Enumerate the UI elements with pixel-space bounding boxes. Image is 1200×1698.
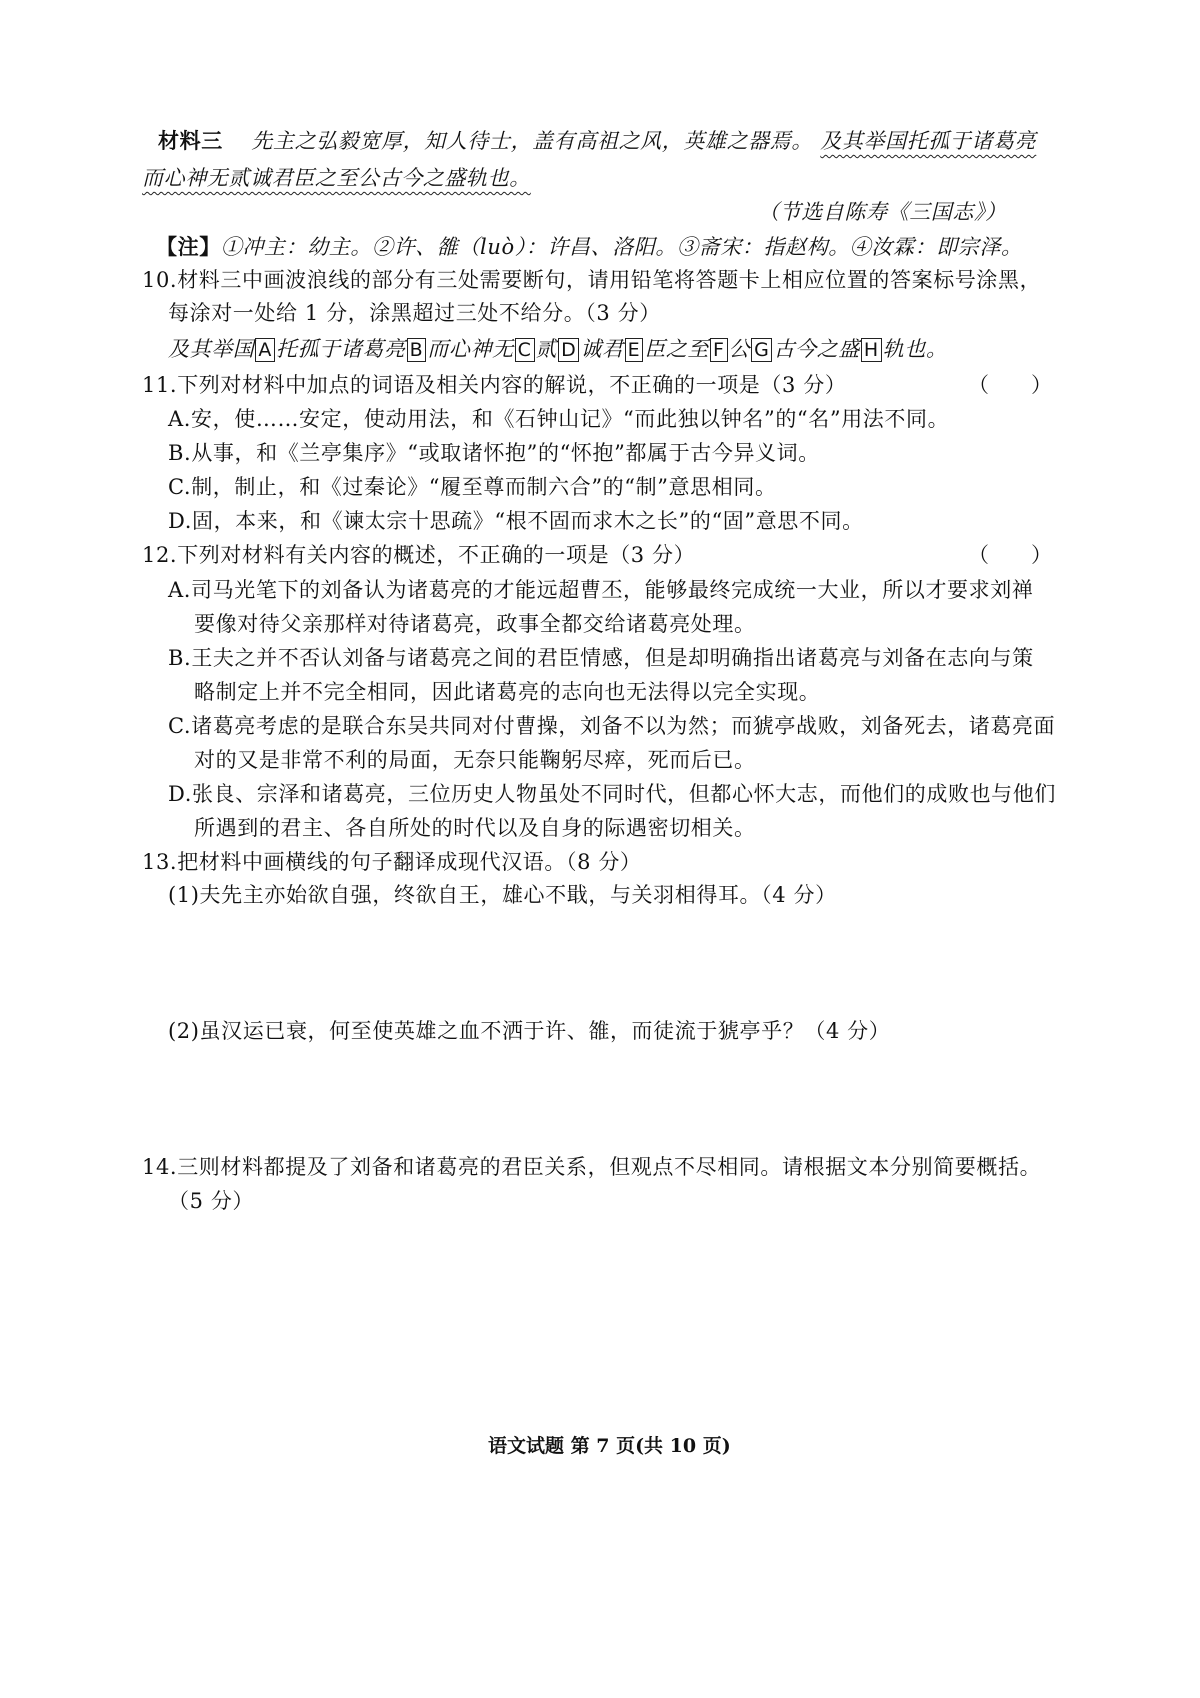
- exam-page: 材料三 先主之弘毅宽厚，知人待士，盖有高祖之风，英雄之器焉。 及其举国托孤于诸葛…: [0, 0, 1200, 1698]
- material3-label: 材料三: [158, 128, 223, 153]
- marker-H[interactable]: H: [861, 338, 882, 362]
- material3-source: （节选自陈寿《三国志》）: [758, 197, 1007, 227]
- question-11-stem: 11.下列对材料中加点的词语及相关内容的解说，不正确的一项是（3 分）: [142, 370, 846, 400]
- question-11-option-b: B.从事，和《兰亭集序》“或取诸怀抱”的“怀抱”都属于古今异义词。: [168, 438, 820, 468]
- question-12-option-b: B.王夫之并不否认刘备与诸葛亮之间的君臣情感，但是却明确指出诸葛亮与刘备在志向与…: [168, 643, 1034, 673]
- marker-E[interactable]: E: [625, 338, 644, 362]
- question-11-option-c: C.制，制止，和《过秦论》“履至尊而制六合”的“制”意思相同。: [168, 472, 777, 502]
- question-12-option-c: C.诸葛亮考虑的是联合东吴共同对付曹操，刘备不以为然；而猇亭战败，刘备死去，诸葛…: [168, 711, 1055, 741]
- question-12-answer-slot[interactable]: （ ）: [968, 540, 1052, 570]
- notes: 【注】①冲主：幼主。②许、雒（luò）：许昌、洛阳。③斋宋：指赵构。④汝霖：即宗…: [156, 232, 1023, 262]
- marker-C[interactable]: C: [515, 338, 535, 362]
- question-12-option-a: A.司马光笔下的刘备认为诸葛亮的才能远超曹丕，能够最终完成统一大业，所以才要求刘…: [168, 575, 1033, 605]
- marker-G[interactable]: G: [751, 338, 772, 362]
- question-13-part-2: (2)虽汉运已衰，何至使英雄之血不洒于许、雒，而徒流于猇亭乎？（4 分）: [168, 1016, 890, 1046]
- question-13-stem: 13.把材料中画横线的句子翻译成现代汉语。（8 分）: [142, 847, 642, 877]
- page-footer: 语文试题 第 7 页(共 10 页): [488, 1433, 731, 1459]
- question-12-option-b-cont: 略制定上并不完全相同，因此诸葛亮的志向也无法得以完全实现。: [194, 677, 820, 707]
- material3-line2: 而心神无贰诚君臣之至公古今之盛轨也。: [142, 163, 531, 193]
- question-12-option-d: D.张良、宗泽和诸葛亮，三位历史人物虽处不同时代，但都心怀大志，而他们的成败也与…: [168, 779, 1056, 809]
- question-12-stem: 12.下列对材料有关内容的概述，不正确的一项是（3 分）: [142, 540, 695, 570]
- question-12-option-a-cont: 要像对待父亲那样对待诸葛亮，政事全都交给诸葛亮处理。: [194, 609, 756, 639]
- material3-line1: 材料三 先主之弘毅宽厚，知人待士，盖有高祖之风，英雄之器焉。 及其举国托孤于诸葛…: [158, 126, 1036, 156]
- question-11-option-a: A.安，使……安定，使动用法，和《石钟山记》“而此独以钟名”的“名”用法不同。: [168, 404, 949, 434]
- material3-wavy-text-2: 而心神无贰诚君臣之至公古今之盛轨也。: [142, 166, 531, 190]
- question-10-stem-cont: 每涂对一处给 1 分，涂黑超过三处不给分。（3 分）: [168, 298, 661, 328]
- question-14-stem: 14.三则材料都提及了刘备和诸葛亮的君臣关系，但观点不尽相同。请根据文本分别简要…: [142, 1152, 1041, 1182]
- material3-wavy-text-1: 及其举国托孤于诸葛亮: [820, 129, 1036, 153]
- notes-label: 【注】: [156, 234, 221, 259]
- marker-F[interactable]: F: [710, 338, 728, 362]
- question-10-sentence: 及其举国A托孤于诸葛亮B而心神无C贰D诚君E臣之至F公G古今之盛H轨也。: [168, 334, 948, 364]
- question-number: 10.: [142, 268, 177, 292]
- marker-D[interactable]: D: [558, 338, 579, 362]
- question-12-option-c-cont: 对的又是非常不利的局面，无奈只能鞠躬尽瘁，死而后已。: [194, 745, 756, 775]
- material3-text: 先主之弘毅宽厚，知人待士，盖有高祖之风，英雄之器焉。: [251, 129, 813, 153]
- question-12-option-d-cont: 所遇到的君主、各自所处的时代以及自身的际遇密切相关。: [194, 813, 756, 843]
- marker-A[interactable]: A: [255, 338, 275, 362]
- question-14-stem-cont: （5 分）: [168, 1186, 254, 1216]
- question-11-option-d: D.固，本来，和《谏太宗十思疏》“根不固而求木之长”的“固”意思不同。: [168, 506, 864, 536]
- question-11-answer-slot[interactable]: （ ）: [968, 370, 1052, 400]
- question-13-part-1: (1)夫先主亦始欲自强，终欲自王，雄心不戢，与关羽相得耳。（4 分）: [168, 880, 837, 910]
- marker-B[interactable]: B: [407, 338, 427, 362]
- question-10-stem: 10.材料三中画波浪线的部分有三处需要断句，请用铅笔将答题卡上相应位置的答案标号…: [142, 265, 1041, 295]
- notes-text: ①冲主：幼主。②许、雒（luò）：许昌、洛阳。③斋宋：指赵构。④汝霖：即宗泽。: [221, 235, 1023, 259]
